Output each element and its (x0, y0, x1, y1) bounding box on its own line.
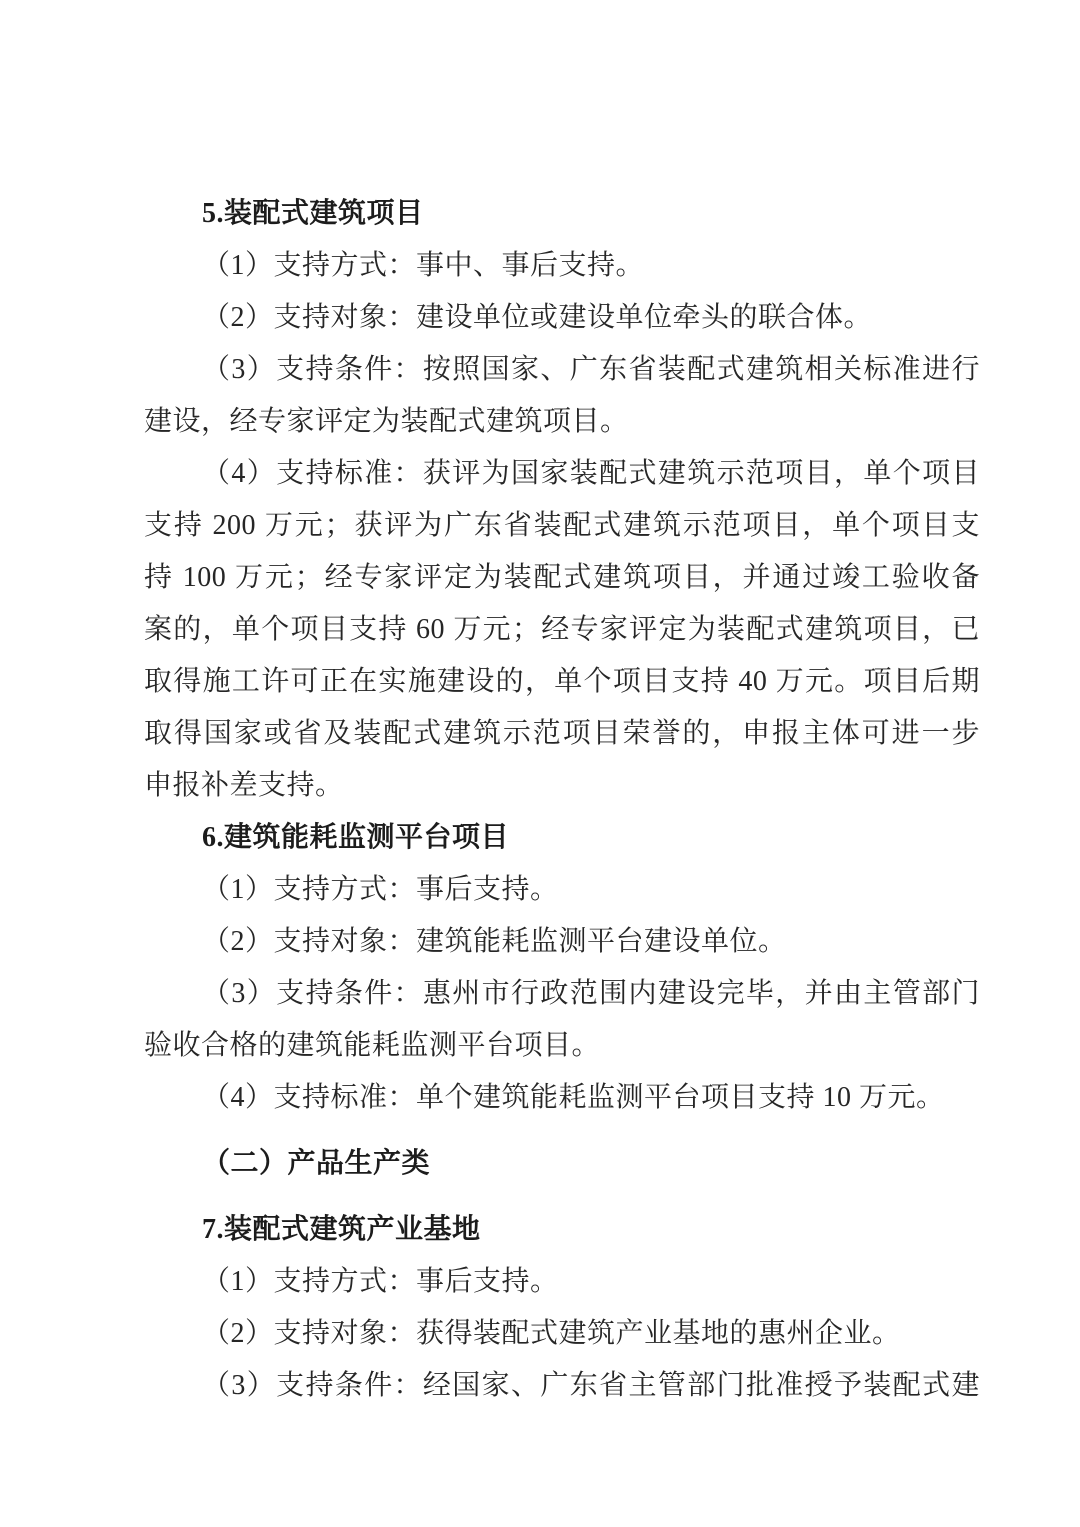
document-content: 5.装配式建筑项目（1）支持方式：事中、事后支持。（2）支持对象：建设单位或建设… (144, 188, 980, 1412)
paragraph-line: 案的，单个项目支持 60 万元；经专家评定为装配式建筑项目，已 (144, 604, 980, 656)
paragraph-line: （3）支持条件：按照国家、广东省装配式建筑相关标准进行 (144, 344, 980, 396)
paragraph-line: 取得国家或省及装配式建筑示范项目荣誉的，申报主体可进一步 (144, 708, 980, 760)
paragraph-line: （2）支持对象：建筑能耗监测平台建设单位。 (144, 916, 980, 968)
paragraph-line: （4）支持标准：单个建筑能耗监测平台项目支持 10 万元。 (144, 1072, 980, 1124)
paragraph-line: （1）支持方式：事后支持。 (144, 1256, 980, 1308)
paragraph-line: （3）支持条件：经国家、广东省主管部门批准授予装配式建 (144, 1360, 980, 1412)
paragraph-line: （4）支持标准：获评为国家装配式建筑示范项目，单个项目 (144, 448, 980, 500)
paragraph-line: （1）支持方式：事中、事后支持。 (144, 240, 980, 292)
document-page: 5.装配式建筑项目（1）支持方式：事中、事后支持。（2）支持对象：建设单位或建设… (0, 0, 1080, 1527)
paragraph-line: 取得施工许可正在实施建设的，单个项目支持 40 万元。项目后期 (144, 656, 980, 708)
paragraph-line: （3）支持条件：惠州市行政范围内建设完毕，并由主管部门 (144, 968, 980, 1020)
paragraph-line: 持 100 万元；经专家评定为装配式建筑项目，并通过竣工验收备 (144, 552, 980, 604)
paragraph-line: （1）支持方式：事后支持。 (144, 864, 980, 916)
section-heading: （二）产品生产类 (144, 1138, 980, 1190)
section-heading: 7.装配式建筑产业基地 (144, 1204, 980, 1256)
paragraph-line: 申报补差支持。 (144, 760, 980, 812)
paragraph-line: （2）支持对象：获得装配式建筑产业基地的惠州企业。 (144, 1308, 980, 1360)
paragraph-line: 验收合格的建筑能耗监测平台项目。 (144, 1020, 980, 1072)
section-heading: 6.建筑能耗监测平台项目 (144, 812, 980, 864)
paragraph-line: （2）支持对象：建设单位或建设单位牵头的联合体。 (144, 292, 980, 344)
paragraph-line: 建设，经专家评定为装配式建筑项目。 (144, 396, 980, 448)
paragraph-line: 支持 200 万元；获评为广东省装配式建筑示范项目，单个项目支 (144, 500, 980, 552)
section-heading: 5.装配式建筑项目 (144, 188, 980, 240)
